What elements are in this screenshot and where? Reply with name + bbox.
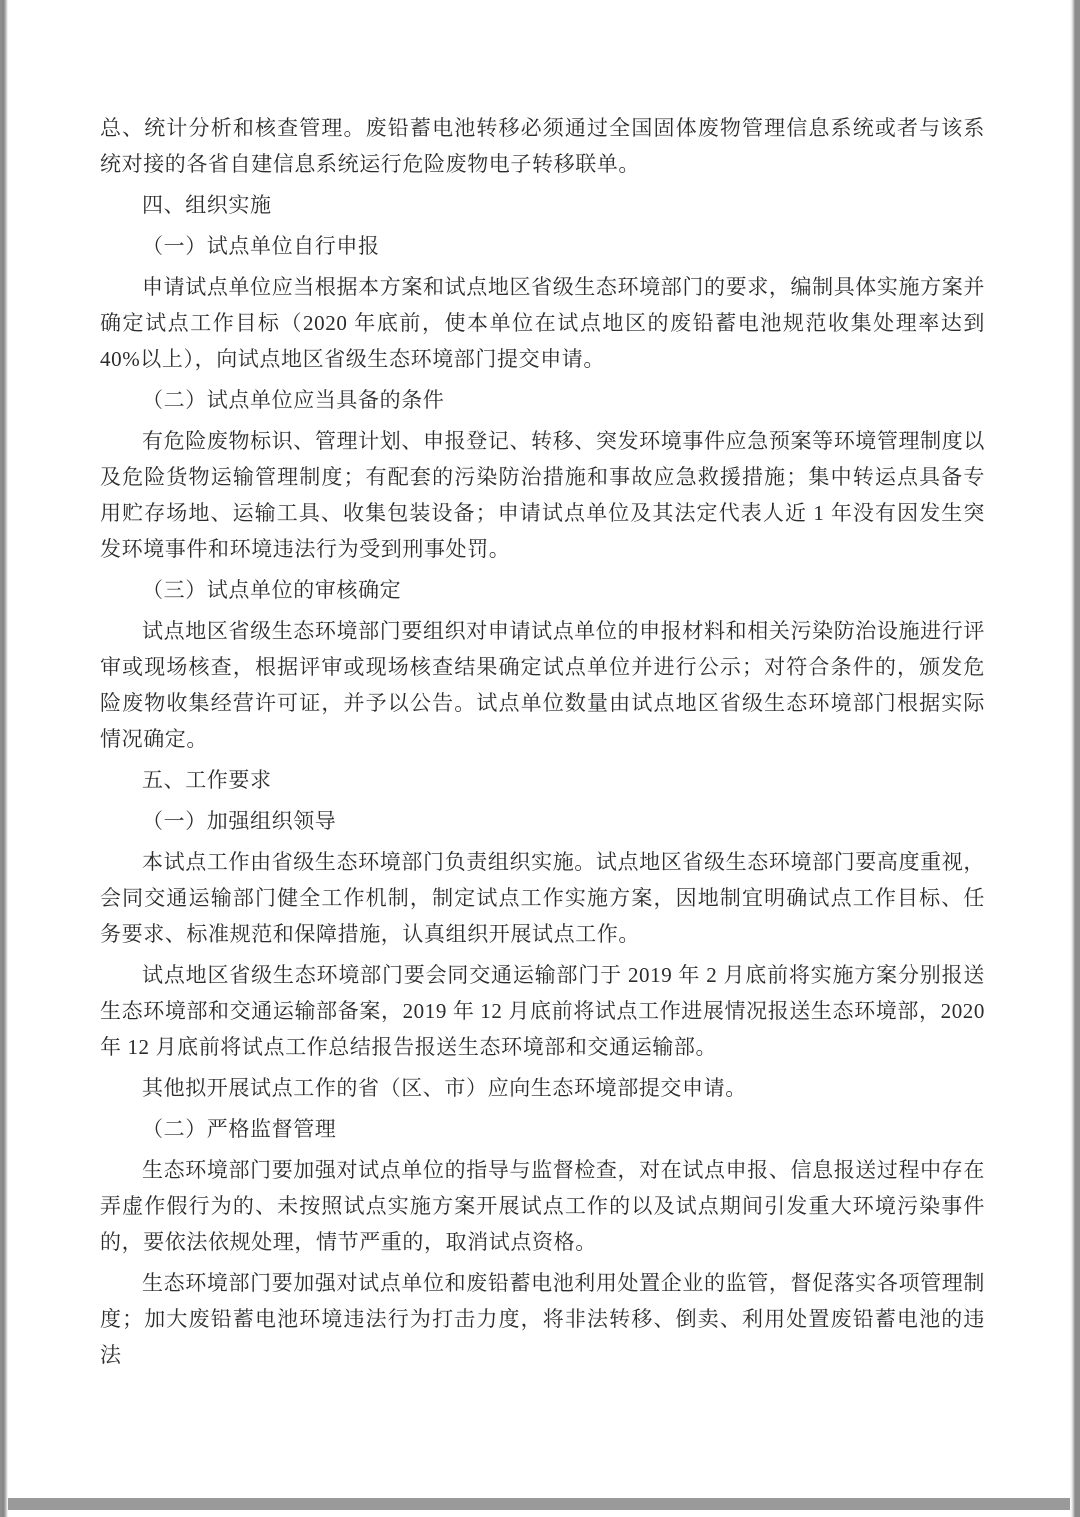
page-separator: [0, 1498, 1080, 1510]
subsection-heading-5-2: （二）严格监督管理: [100, 1111, 985, 1147]
paragraph: 申请试点单位应当根据本方案和试点地区省级生态环境部门的要求，编制具体实施方案并确…: [100, 269, 985, 377]
next-page-top: [0, 1510, 1080, 1517]
paragraph: 生态环境部门要加强对试点单位的指导与监督检查，对在试点申报、信息报送过程中存在弄…: [100, 1152, 985, 1260]
section-heading-5: 五、工作要求: [100, 762, 985, 798]
section-heading-4: 四、组织实施: [100, 187, 985, 223]
subsection-heading-5-1: （一）加强组织领导: [100, 803, 985, 839]
page-edge-left: [0, 0, 8, 1517]
paragraph: 生态环境部门要加强对试点单位和废铅蓄电池利用处置企业的监管，督促落实各项管理制度…: [100, 1265, 985, 1373]
subsection-heading-4-2: （二）试点单位应当具备的条件: [100, 382, 985, 418]
paragraph: 试点地区省级生态环境部门要会同交通运输部门于 2019 年 2 月底前将实施方案…: [100, 957, 985, 1065]
paragraph: 有危险废物标识、管理计划、申报登记、转移、突发环境事件应急预案等环境管理制度以及…: [100, 423, 985, 567]
subsection-heading-4-3: （三）试点单位的审核确定: [100, 572, 985, 608]
paragraph: 其他拟开展试点工作的省（区、市）应向生态环境部提交申请。: [100, 1070, 985, 1106]
paragraph: 试点地区省级生态环境部门要组织对申请试点单位的申报材料和相关污染防治设施进行评审…: [100, 613, 985, 757]
page-edge-right: [1070, 0, 1080, 1517]
subsection-heading-4-1: （一）试点单位自行申报: [100, 228, 985, 264]
paragraph: 本试点工作由省级生态环境部门负责组织实施。试点地区省级生态环境部门要高度重视，会…: [100, 844, 985, 952]
paragraph-continuation: 总、统计分析和核查管理。废铅蓄电池转移必须通过全国固体废物管理信息系统或者与该系…: [100, 110, 985, 182]
document-page-content: 总、统计分析和核查管理。废铅蓄电池转移必须通过全国固体废物管理信息系统或者与该系…: [100, 110, 985, 1378]
